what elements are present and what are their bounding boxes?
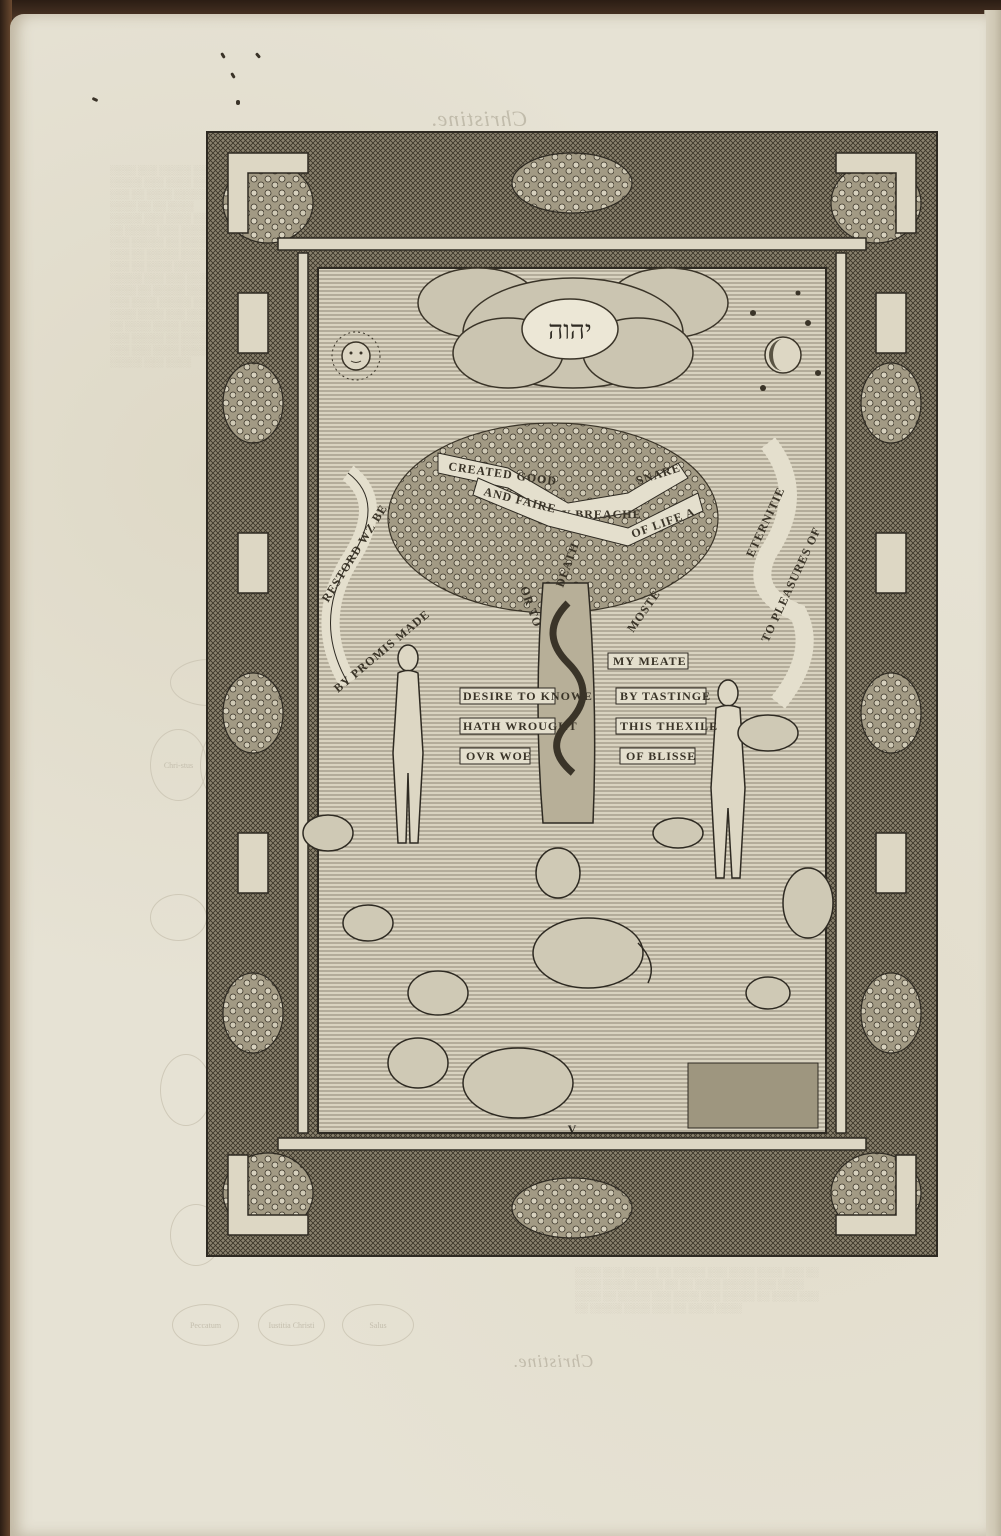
camel bbox=[783, 868, 833, 938]
elephant bbox=[533, 918, 643, 988]
running-head-show-through: Christine. bbox=[430, 106, 527, 132]
show-through-oval: Iustitia Christi bbox=[258, 1304, 325, 1346]
svg-text:HATH WROUGHT: HATH WROUGHT bbox=[463, 719, 578, 733]
deer bbox=[536, 848, 580, 898]
tiger bbox=[408, 971, 468, 1015]
show-through-oval: Peccatum bbox=[172, 1304, 239, 1346]
svg-text:OVR WOE: OVR WOE bbox=[466, 749, 532, 763]
show-through-column-left: ░░░░ ░░░ ░░░░░ ░░ ░░░░░ ░░░ ░░░░ ░░░░ ░░… bbox=[110, 164, 220, 584]
boar bbox=[343, 905, 393, 941]
lion bbox=[388, 1038, 448, 1088]
divine-glory: יהוה bbox=[522, 299, 618, 359]
footer-mark: V bbox=[568, 1122, 577, 1136]
horse bbox=[738, 715, 798, 751]
ox bbox=[303, 815, 353, 851]
pond bbox=[688, 1063, 818, 1128]
show-through-oval bbox=[150, 894, 207, 941]
svg-text:OF BLISSE: OF BLISSE bbox=[626, 749, 696, 763]
show-through-oval bbox=[160, 1054, 212, 1126]
svg-text:DESIRE TO KNOWE: DESIRE TO KNOWE bbox=[463, 689, 593, 703]
bear bbox=[463, 1048, 573, 1118]
page-fore-edge bbox=[984, 10, 1001, 1536]
turtle bbox=[746, 977, 790, 1009]
show-through-oval: Salus bbox=[342, 1304, 414, 1346]
show-through-paragraph-bottom: ░░░░ ░░░ ░░░░░ ░░ ░░░░░ ░░░ ░░░░ ░░░░ ░░… bbox=[575, 1266, 825, 1346]
crescent-moon-icon bbox=[765, 337, 801, 373]
woodcut-frontispiece: יהוה CREATED GOOD BY BREACHE bbox=[206, 131, 938, 1257]
ink-speck bbox=[220, 52, 226, 59]
ink-speck bbox=[255, 52, 261, 59]
ink-speck bbox=[230, 72, 236, 79]
ink-speck bbox=[92, 97, 99, 102]
ink-speck bbox=[236, 100, 240, 105]
svg-text:MY MEATE: MY MEATE bbox=[613, 654, 687, 668]
ram bbox=[653, 818, 703, 848]
svg-text:BY TASTINGE: BY TASTINGE bbox=[620, 689, 711, 703]
svg-text:THIS THEXILE: THIS THEXILE bbox=[620, 719, 718, 733]
running-foot-show-through: Christine. bbox=[512, 1351, 594, 1372]
show-through-oval: Chri-stus bbox=[150, 729, 207, 801]
tetragrammaton: יהוה bbox=[548, 316, 591, 346]
